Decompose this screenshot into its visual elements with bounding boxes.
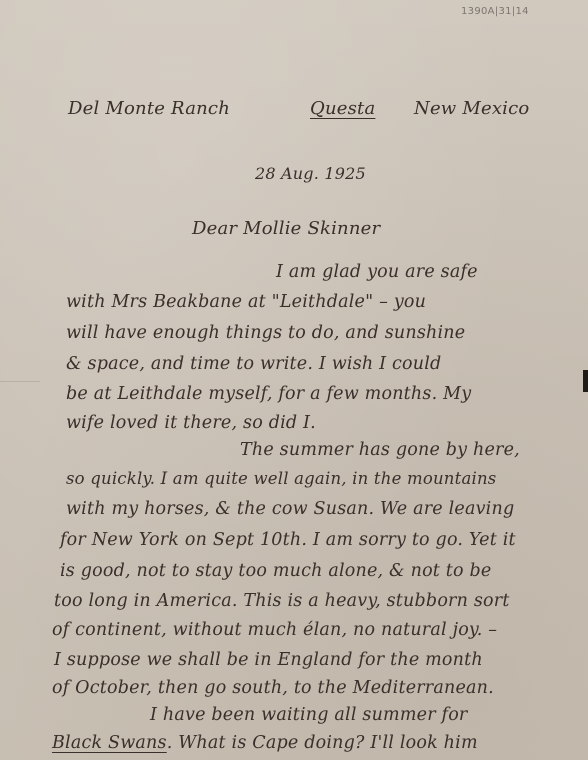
body-line-6: wife loved it there, so did I. (66, 413, 316, 433)
body-line-17-rest: . What is Cape doing? I'll look him (167, 733, 478, 753)
paper-fold-line (0, 381, 40, 382)
body-line-12: too long in America. This is a heavy, st… (54, 591, 510, 611)
address-state: New Mexico (414, 98, 529, 119)
scan-edge-mark (583, 370, 588, 392)
body-line-10: for New York on Sept 10th. I am sorry to… (60, 530, 516, 550)
body-line-9: with my horses, & the cow Susan. We are … (66, 499, 514, 519)
letter-page: 1390A|31|14 Del Monte Ranch Questa New M… (0, 0, 588, 760)
letter-date: 28 Aug. 1925 (255, 164, 366, 183)
salutation: Dear Mollie Skinner (192, 218, 380, 239)
body-line-14: I suppose we shall be in England for the… (54, 650, 483, 670)
body-line-7: The summer has gone by here, (240, 440, 520, 460)
body-line-11: is good, not to stay too much alone, & n… (60, 561, 492, 581)
body-line-1: I am glad you are safe (276, 262, 478, 282)
book-title-black-swans: Black Swans (52, 733, 167, 753)
body-line-15: of October, then go south, to the Medite… (52, 678, 494, 698)
body-line-4: & space, and time to write. I wish I cou… (66, 354, 441, 374)
address-ranch: Del Monte Ranch (68, 98, 230, 119)
body-line-5: be at Leithdale myself, for a few months… (66, 384, 471, 404)
body-line-3: will have enough things to do, and sunsh… (66, 323, 465, 343)
body-line-13: of continent, without much élan, no natu… (52, 620, 497, 640)
body-line-8: so quickly. I am quite well again, in th… (66, 469, 496, 488)
archive-reference: 1390A|31|14 (461, 6, 529, 17)
body-line-17: Black Swans. What is Cape doing? I'll lo… (52, 733, 478, 753)
body-line-16: I have been waiting all summer for (150, 705, 468, 725)
address-town: Questa (310, 98, 375, 119)
body-line-2: with Mrs Beakbane at "Leithdale" – you (66, 292, 426, 312)
